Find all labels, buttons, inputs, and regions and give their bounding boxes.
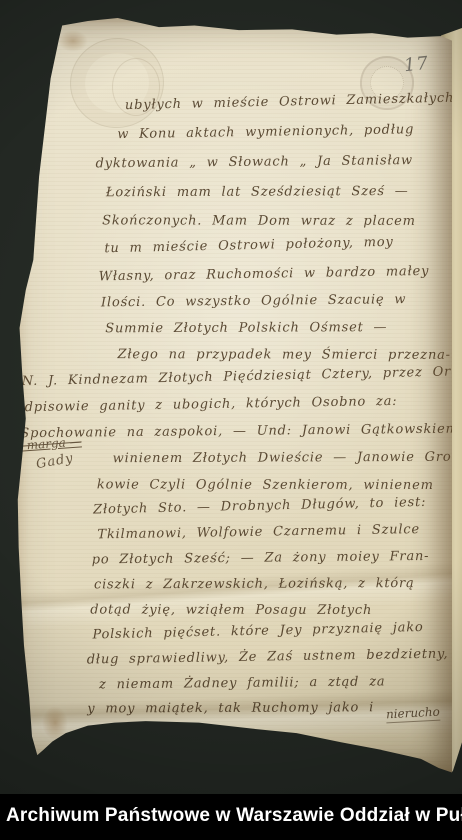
caption-bar: Archiwum Państwowe w Warszawie Oddział w… [0,794,462,840]
manuscript-line: winienem Złotych Dwieście — Janowie Gro- [113,450,457,467]
manuscript-line: Spochowanie na zaspokoi, — Und: Janowi G… [20,422,462,442]
handwritten-text-block: ubyłych w mieście Ostrowi Zamieszkałychw… [4,16,456,777]
manuscript-line: dług sprawiedliwy, Że Zaś ustnem bezdzie… [87,647,449,668]
manuscript-line: Skończonych. Mam Dom wraz z placem [102,213,416,229]
manuscript-line: z niemam Żadney familii; a ztąd za [99,674,386,692]
manuscript-line: Ilości. Co wszystko Ogólnie Szacuię w [101,292,406,310]
manuscript-line: dyktowania „ w Słowach „ Ja Stanisław [95,153,412,171]
manuscript-line: Tkilmanowi, Wolfowie Czarnemu i Szulce [97,522,420,542]
manuscript-line: Polskich pięćset. które Jey przyznaię ja… [92,620,423,643]
manuscript-line: tu m mieście Ostrowi położony, moy [104,235,393,257]
manuscript-page: 17 ubyłych w mieście Ostrowi Zamieszkały… [8,18,452,774]
manuscript-line: N. J. Kindnezam Złotych Pięćdziesiąt Czt… [22,364,452,389]
manuscript-line: po Złotych Sześć; — Za żony moiey Fran- [92,549,430,568]
manuscript-line: Własny, oraz Ruchomości w bardzo małey [99,264,430,284]
manuscript-line: Łoziński mam lat Sześdziesiąt Sześ — [106,184,409,200]
manuscript-line: w Konu aktach wymienionych, podług [117,122,414,142]
manuscript-line: kowie Czyli Ogólnie Szenkierom, winienem [97,477,434,493]
manuscript-line: odpisowie ganity z ubogich, których Osob… [16,394,398,415]
manuscript-line: Złego na przypadek mey Śmierci przezna- [118,347,451,363]
manuscript-line: ciszki z Zakrzewskich, Łozińską, z którą [94,576,415,592]
manuscript-line: Złotych Sto. — Drobnych Długów, to iest: [93,495,426,518]
manuscript-line: ubyłych w mieście Ostrowi Zamieszkałych [125,91,455,113]
manuscript-line: Summie Złotych Polskich Ośmset — [105,320,387,336]
manuscript-line: y moy maiątek, tak Ruchomy jako i [87,700,374,716]
photo-background: 17 ubyłych w mieście Ostrowi Zamieszkały… [0,0,462,840]
catchword: nierucho [386,705,441,724]
manuscript-line: dotąd żyię, wziąłem Posagu Złotych [90,602,372,617]
caption-text: Archiwum Państwowe w Warszawie Oddział w… [6,805,462,827]
